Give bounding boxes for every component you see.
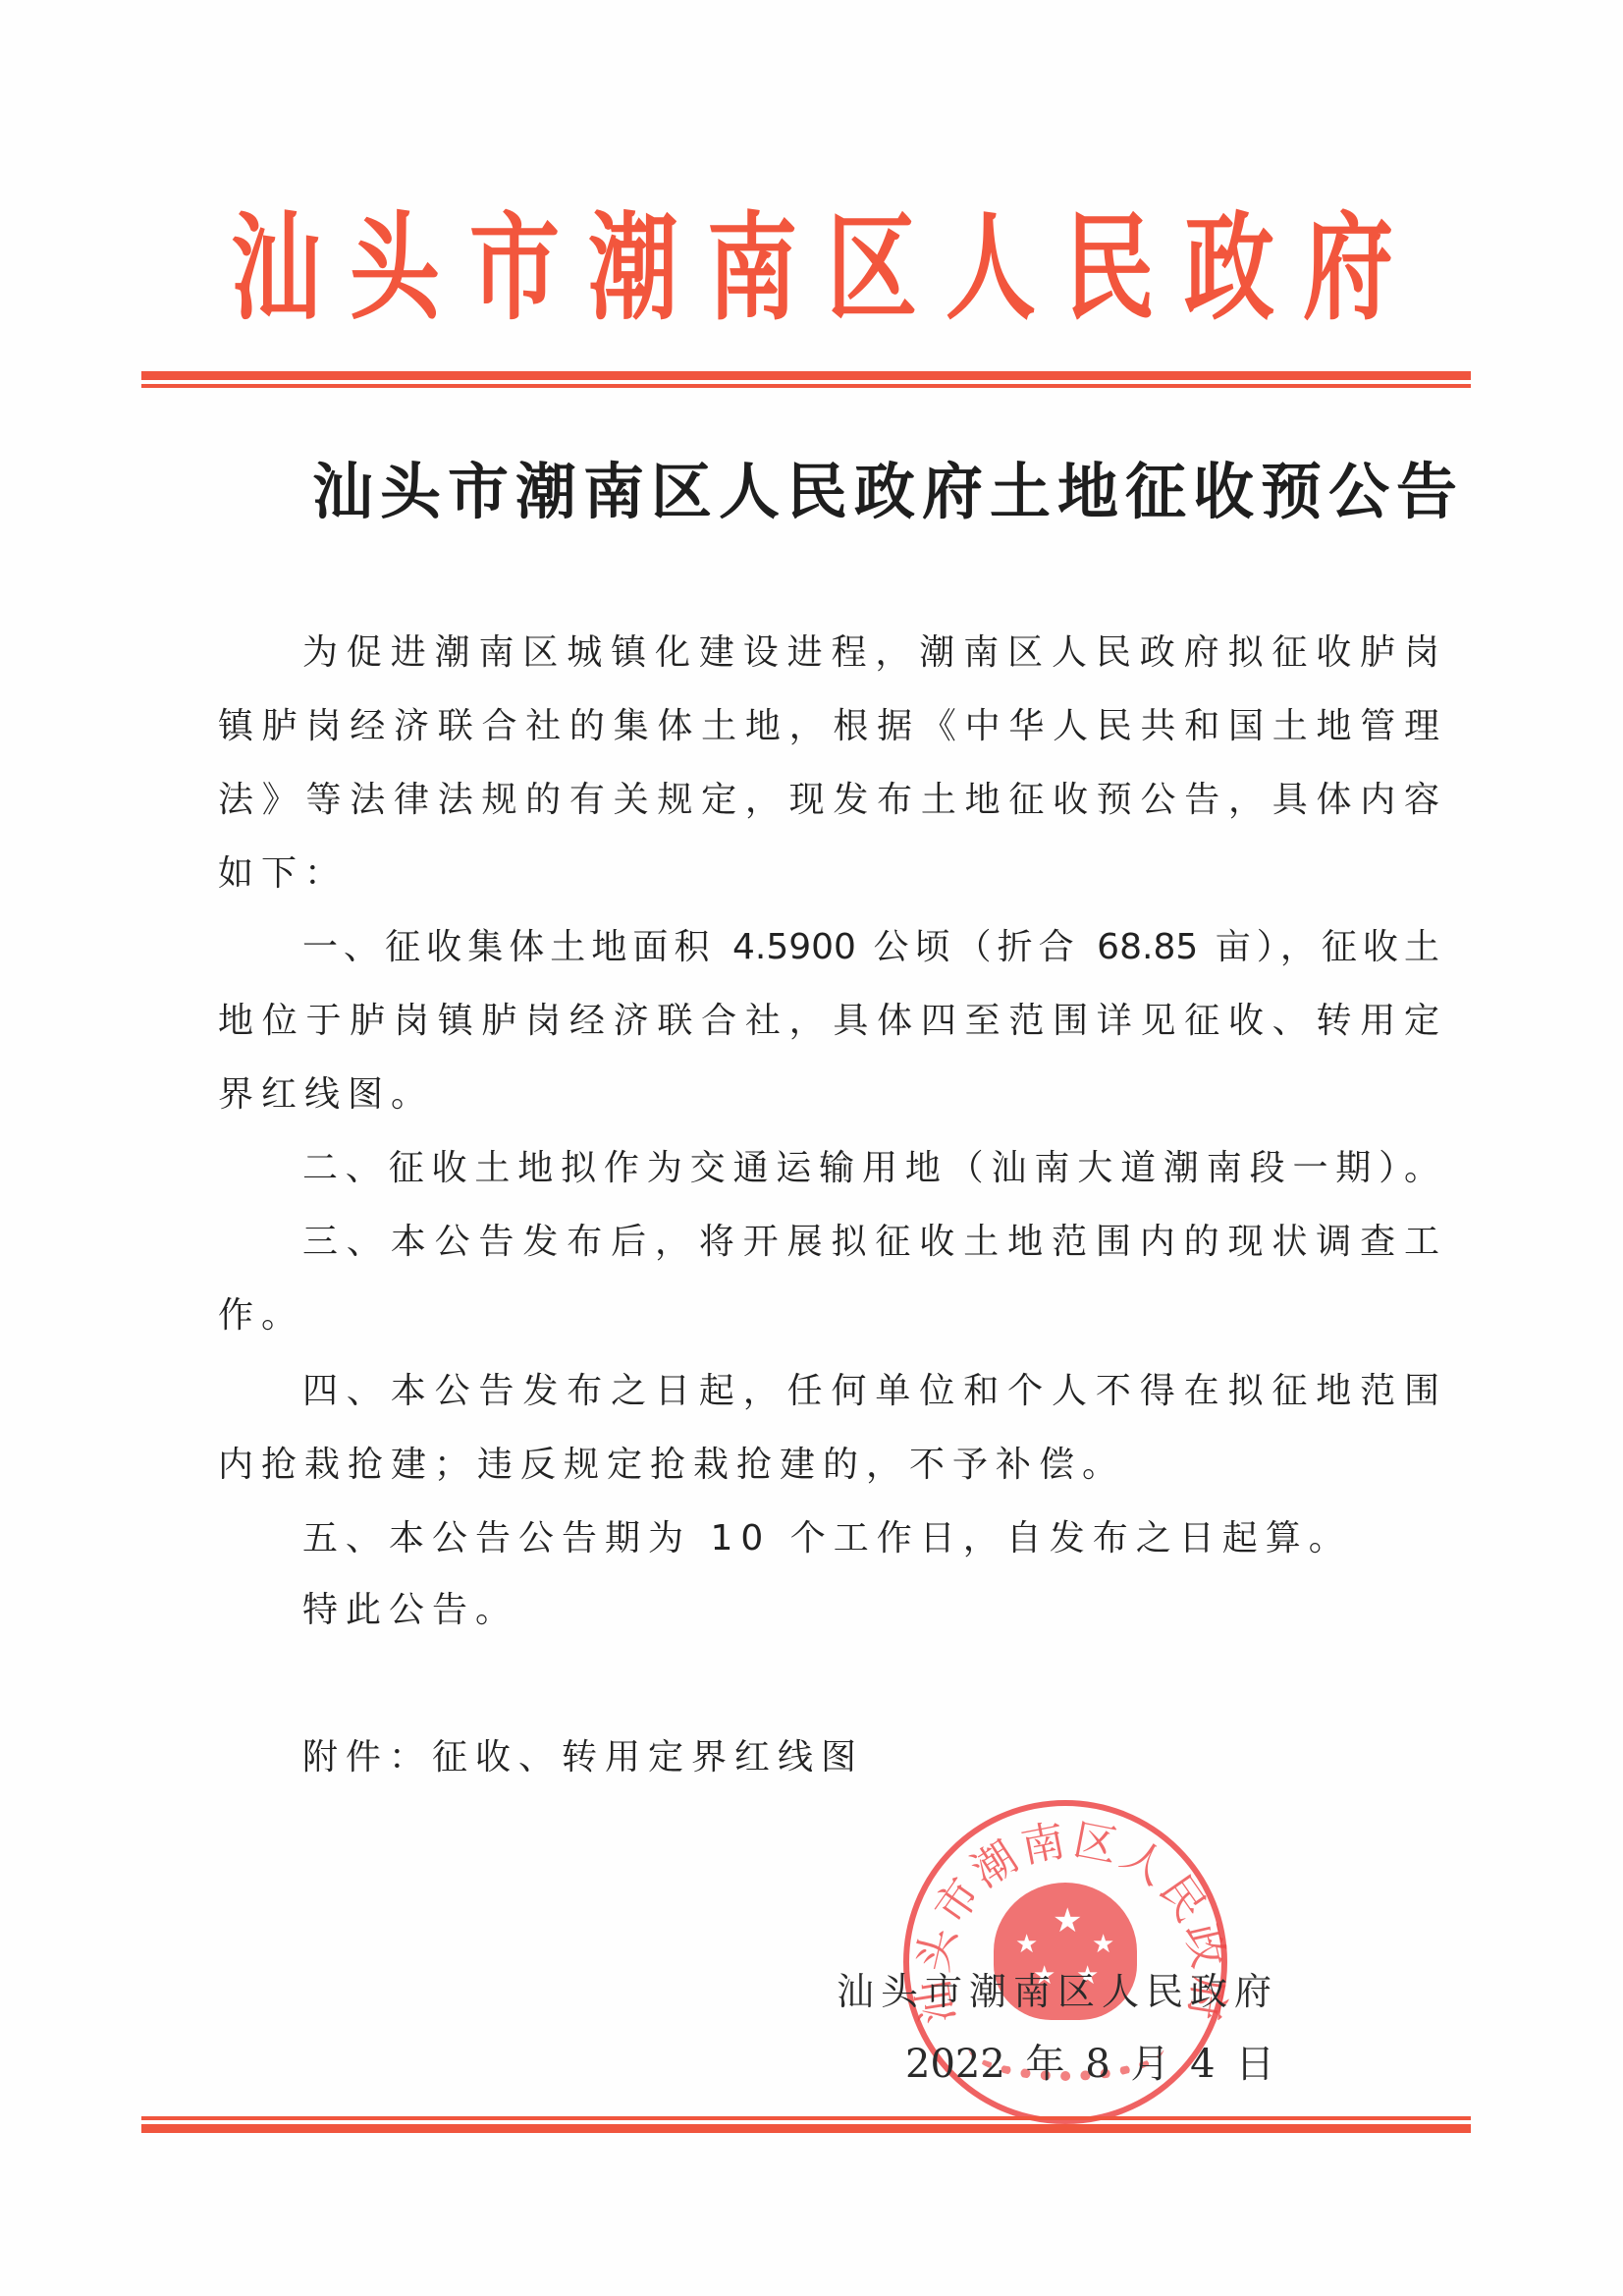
masthead-char: 人 [946,196,1036,339]
masthead-char: 汕 [231,196,321,339]
footer-rule-thick [141,2124,1471,2133]
body-line: 二、征收土地拟作为交通运输用地（汕南大道潮南段一期）。 [302,1144,1439,1193]
star-icon: ★ [1092,1932,1114,1957]
body-line: 法》等法律法规的有关规定，现发布土地征收预公告，具体内容 [218,776,1439,825]
document-title: 汕头市潮南区人民政府土地征收预公告 [312,458,1333,526]
footer-rule-thin [141,2116,1471,2120]
document-page: 汕 头 市 潮 南 区 人 民 政 府 汕头市潮南区人民政府土地征收预公告 为促… [0,0,1623,2296]
star-icon: ★ [1015,1932,1038,1957]
attachment-note: 附件：征收、转用定界红线图 [302,1733,864,1782]
body-line: 一、征收集体土地面积 4.5900 公顷（折合 68.85 亩），征收土 [302,923,1439,972]
body-line: 为促进潮南区城镇化建设进程，潮南区人民政府拟征收胪岗 [302,629,1439,678]
body-line: 镇胪岗经济联合社的集体土地，根据《中华人民共和国土地管理 [218,702,1439,751]
masthead-char: 民 [1064,196,1155,339]
issuer-signature: 汕头市潮南区人民政府 [837,1969,1278,2014]
masthead-char: 市 [469,196,560,339]
body-line: 作。 [218,1291,304,1340]
masthead-char: 政 [1184,196,1274,339]
body-line: 五、本公告公告期为 10 个工作日，自发布之日起算。 [302,1514,1352,1563]
masthead-char: 区 [827,196,917,339]
body-line: 四、本公告发布之日起，任何单位和个人不得在拟征地范围 [302,1367,1439,1416]
star-icon: ★ [1053,1904,1082,1938]
body-line: 三、本公告发布后，将开展拟征收土地范围内的现状调查工 [302,1218,1439,1267]
masthead-char: 潮 [588,196,678,339]
body-line: 如下： [218,849,348,899]
issue-date: 2022 年 8 月 4 日 [905,2041,1274,2088]
masthead-char: 头 [350,196,440,339]
body-line: 地位于胪岗镇胪岗经济联合社，具体四至范围详见征收、转用定 [218,997,1439,1046]
masthead-char: 府 [1303,196,1393,339]
masthead-red-header: 汕 头 市 潮 南 区 人 民 政 府 [218,196,1406,339]
body-line: 界红线图。 [218,1070,434,1120]
masthead-char: 南 [707,196,797,339]
header-rule-thick [141,371,1471,380]
body-line: 特此公告。 [302,1586,518,1635]
body-line: 内抢栽抢建；违反规定抢栽抢建的，不予补偿。 [218,1441,1125,1490]
header-rule-thin [141,384,1471,388]
